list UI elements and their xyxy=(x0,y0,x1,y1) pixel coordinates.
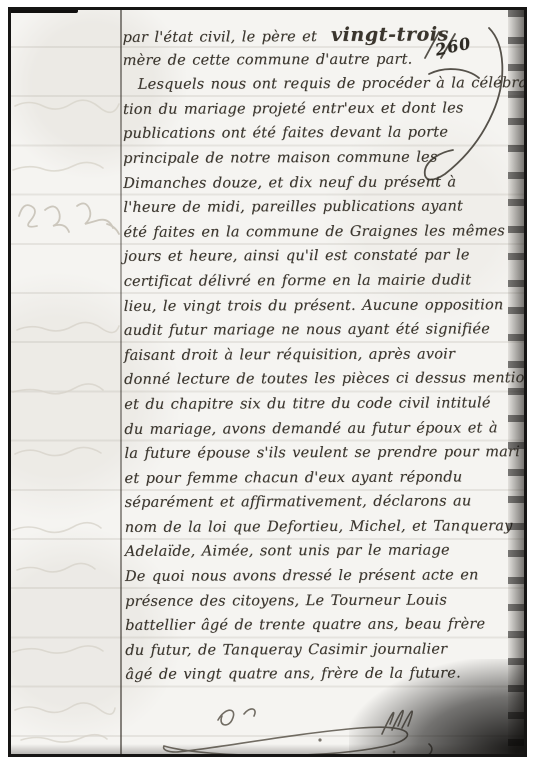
manuscript-line: nom de la loi que Defortieu, Michel, et … xyxy=(125,514,525,540)
manuscript-line: faisant droit à leur réquisition, après … xyxy=(124,342,524,368)
manuscript-line: été faites en la commune de Graignes les… xyxy=(123,219,523,245)
manuscript-line: battellier âgé de trente quatre ans, bea… xyxy=(125,612,525,638)
manuscript-line: audit futur mariage ne nous ayant été si… xyxy=(124,317,524,343)
manuscript-line: Dimanches douze, et dix neuf du présent … xyxy=(123,170,523,196)
document-scan-viewport: par l'état civil, le père etvingt-trois … xyxy=(0,0,540,769)
manuscript-line: et du chapitre six du titre du code civi… xyxy=(124,391,524,417)
manuscript-line: donné lecture de toutes les pièces ci de… xyxy=(124,366,524,392)
manuscript-line: jours et heure, ainsi qu'il est constaté… xyxy=(124,243,524,269)
emphasized-word-vingt-trois: vingt-trois xyxy=(331,23,449,46)
manuscript-line: âgé de vingt quatre ans, frère de la fut… xyxy=(125,662,525,688)
manuscript-line: certificat délivré en forme en la mairie… xyxy=(124,268,524,294)
manuscript-line: la future épouse s'ils veulent se prendr… xyxy=(124,440,524,466)
binding-edge-shadow xyxy=(508,10,524,754)
scanned-register-page: par l'état civil, le père etvingt-trois … xyxy=(8,7,527,757)
manuscript-line: Adelaïde, Aimée, sont unis par le mariag… xyxy=(125,539,525,565)
manuscript-line-start: par l'état civil, le père et xyxy=(123,29,317,46)
manuscript-line: tion du mariage projeté entr'eux et dont… xyxy=(123,96,523,122)
manuscript-text-block: par l'état civil, le père etvingt-trois … xyxy=(123,22,526,688)
manuscript-line: du futur, de Tanqueray Casimir journalie… xyxy=(125,637,525,663)
manuscript-line: l'heure de midi, pareilles publications … xyxy=(123,194,523,220)
manuscript-line: principale de notre maison commune les xyxy=(123,145,523,171)
manuscript-line: De quoi nous avons dressé le présent act… xyxy=(125,563,525,589)
manuscript-line: séparément et affirmativement, déclarons… xyxy=(125,489,525,515)
manuscript-line: publications ont été faites devant la po… xyxy=(123,121,523,147)
bleed-through-ghost-text xyxy=(11,10,123,754)
manuscript-line: lieu, le vingt trois du présent. Aucune … xyxy=(124,293,524,319)
margin-rule-line xyxy=(120,10,122,754)
manuscript-line: et pour femme chacun d'eux ayant répondu xyxy=(124,465,524,491)
manuscript-line: Lesquels nous ont requis de procéder à l… xyxy=(123,71,523,97)
manuscript-line: du mariage, avons demandé au futur époux… xyxy=(124,416,524,442)
signature-flourish xyxy=(144,700,449,757)
manuscript-line: présence des citoyens, Le Tourneur Louis xyxy=(125,588,525,614)
